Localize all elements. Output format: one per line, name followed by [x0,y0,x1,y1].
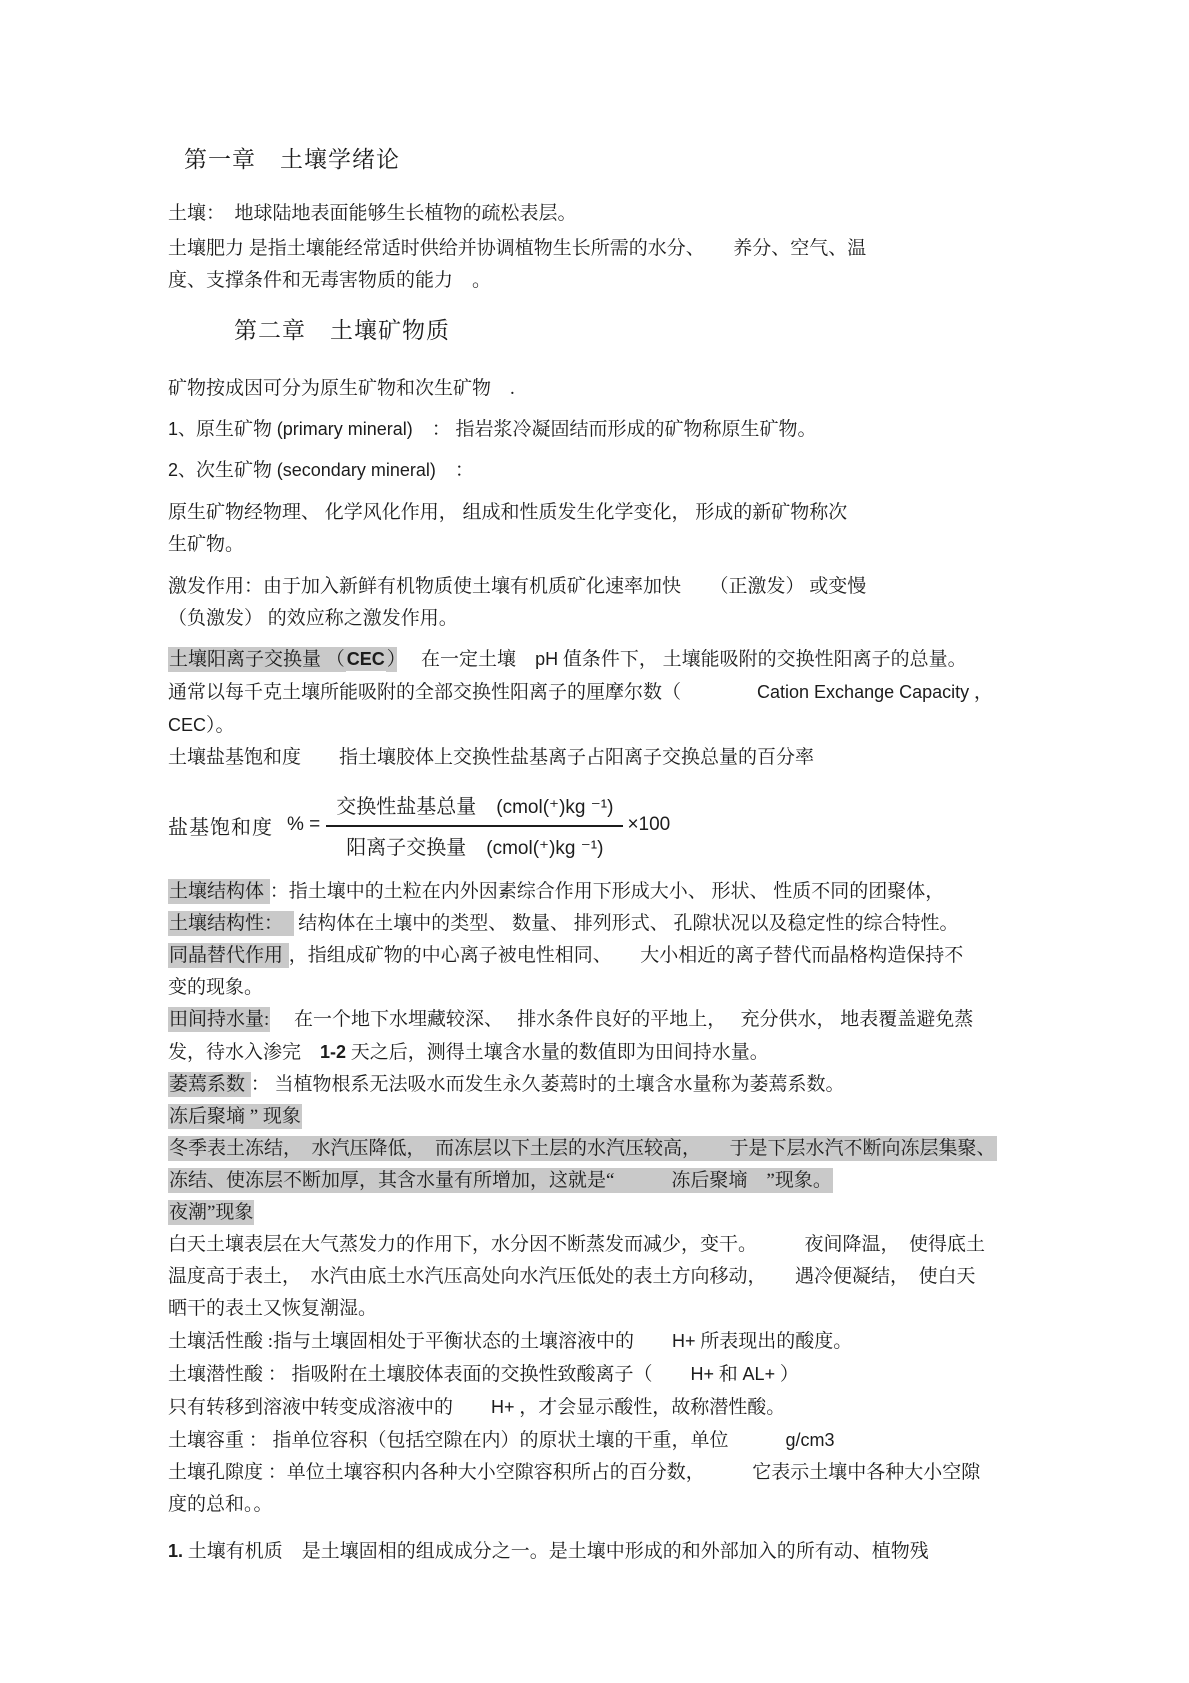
formula-numerator: 交换性盐基总量 (cmol(⁺)kg ⁻¹) [326,790,623,827]
text-segment: 晒干的表土又恢复潮湿。 [168,1298,377,1319]
text-line: 发，待水入渗完 1-2 天之后，测得土壤含水量的数值即为田间持水量。 [168,1036,1052,1069]
highlighted-term: 土壤结构性： [168,911,294,936]
text-segment: 次生矿物 [196,460,277,481]
text-segment: 土壤有机质 是土壤固相的组成成分之一。是土壤中形成的和外部加入的所有动、植物残 [183,1541,929,1562]
text-segment: 土壤： 地球陆地表面能够生长植物的疏松表层。 [168,203,577,224]
text-line: 2、次生矿物 (secondary mineral) ： [168,454,1052,487]
text-segment: （负激发） 的效应称之激发作用。 [168,608,458,629]
text-segment: 变的现象。 [168,977,263,998]
text-line: 萎蔫系数 ： 当植物根系无法吸水而发生永久萎蔫时的土壤含水量称为萎蔫系数。 [168,1069,1052,1101]
base-saturation-formula: 盐基饱和度% =交换性盐基总量 (cmol(⁺)kg ⁻¹)阳离子交换量 (cm… [168,790,1052,860]
formula-lhs: 盐基饱和度 [168,811,273,840]
text-segment: ， [969,682,993,703]
text-line: 白天土壤表层在大气蒸发力的作用下，水分因不断蒸发而减少，变干。 夜间降温， 使得… [168,1229,1052,1261]
text-segment: ）。 [206,715,235,736]
formula-multiplier: ×100 [627,814,670,836]
text-segment: 发，待水入渗完 [168,1042,320,1063]
text-line: 晒干的表土又恢复潮湿。 [168,1293,1052,1325]
text-line: 土壤盐基饱和度 指土壤胶体上交换性盐基离子占阳离子交换总量的百分率 [168,742,1052,774]
text-line: 度的总和。。 [168,1489,1052,1521]
numerator-unit: (cmol(⁺)kg ⁻¹) [496,797,613,818]
text-segment: 土壤潜性酸 ： 指吸附在土壤胶体表面的交换性致酸离子（ [168,1364,691,1385]
highlighted-term: 冬季表土冻结， 水汽压降低， 而冻层以下土层的水汽压较高， 于是下层水汽不断向冻… [168,1136,997,1161]
formula-denominator: 阳离子交换量 (cmol(⁺)kg ⁻¹) [336,827,613,860]
text-line: （负激发） 的效应称之激发作用。 [168,603,1052,635]
text-segment: 在一定土壤 [397,649,535,670]
text-segment: 土壤盐基饱和度 指土壤胶体上交换性盐基离子占阳离子交换总量的百分率 [168,747,814,768]
highlighted-term: 同晶替代作用 [168,943,289,968]
text-line: 通常以每千克土壤所能吸附的全部交换性阳离子的厘摩尔数（ Cation Excha… [168,676,1052,709]
text-segment: 所表现出的酸度。 [696,1331,853,1352]
text-line: 同晶替代作用 ，指组成矿物的中心离子被电性相同、 大小相近的离子替代而晶格构造保… [168,940,1052,972]
text-segment: 原生矿物 [196,419,277,440]
text-segment: 结构体在土壤中的类型、 数量、 排列形式、 孔隙状况以及稳定性的综合特性。 [294,913,959,934]
text-segment: 激发作用：由于加入新鲜有机物质使土壤有机质矿化速率加快 （正激发） 或变慢 [168,576,866,597]
text-line: 土壤潜性酸 ： 指吸附在土壤胶体表面的交换性致酸离子（ H+ 和 AL+ ） [168,1358,1052,1391]
text-line: 土壤结构性： 结构体在土壤中的类型、 数量、 排列形式、 孔隙状况以及稳定性的综… [168,908,1052,940]
text-line: 土壤肥力 是指土壤能经常适时供给并协调植物生长所需的水分、 养分、空气、温 [168,233,1052,265]
formula-fraction: 交换性盐基总量 (cmol(⁺)kg ⁻¹)阳离子交换量 (cmol(⁺)kg … [326,790,623,860]
text-line: 土壤容重 ： 指单位容积（包括空隙在内）的原状土壤的干重，单位 g/cm3 [168,1424,1052,1457]
highlighted-term: 冻结、使冻层不断加厚，其含水量有所增加，这就是“ 冻后聚墒 ”现象。 [168,1168,833,1193]
text-segment: 只有转移到溶液中转变成溶液中的 [168,1397,491,1418]
text-segment: 矿物按成因可分为原生矿物和次生矿物 . [168,378,515,399]
text-line: CEC）。 [168,709,1052,742]
text-segment: (primary mineral) [277,419,413,439]
text-line: 激发作用：由于加入新鲜有机物质使土壤有机质矿化速率加快 （正激发） 或变慢 [168,571,1052,603]
highlighted-term: 田间持水量: [168,1007,270,1032]
text-segment: ：指土壤中的土粒在内外因素综合作用下形成大小、 形状、 性质不同的团聚体， [270,881,945,902]
text-segment: 值条件下， 土壤能吸附的交换性阳离子的总量。 [558,649,967,670]
text-line: 土壤结构体 ：指土壤中的土粒在内外因素综合作用下形成大小、 形状、 性质不同的团… [168,876,1052,908]
text-line: 矿物按成因可分为原生矿物和次生矿物 . [168,373,1052,405]
highlighted-term: 土壤结构体 [168,879,270,904]
text-segment: ： 指岩浆冷凝固结而形成的矿物称原生矿物。 [413,419,817,440]
text-segment: 土壤活性酸 :指与土壤固相处于平衡状态的土壤溶液中的 [168,1331,672,1352]
text-segment: ，指组成矿物的中心离子被电性相同、 大小相近的离子替代而晶格构造保持不 [289,945,964,966]
text-segment: 土壤肥力 是指土壤能经常适时供给并协调植物生长所需的水分、 养分、空气、温 [168,238,866,259]
text-segment: 度的总和。。 [168,1494,273,1515]
text-line: 冻后聚墒 ” 现象 [168,1101,1052,1133]
text-segment: 度、支撑条件和无毒害物质的能力 。 [168,270,491,291]
denominator-term: 阳离子交换量 [346,837,486,859]
formula-equals: % = [287,814,320,836]
highlighted-term: ） [386,647,398,672]
highlighted-term: 夜潮”现象 [168,1200,254,1225]
text-line: 度、支撑条件和无毒害物质的能力 。 [168,265,1052,297]
text-segment: 原生矿物经物理、 化学风化作用， 组成和性质发生化学变化， 形成的新矿物称次 [168,502,847,523]
text-segment: 1、 [168,419,196,439]
text-segment: CEC [168,715,206,735]
text-segment: 土壤孔隙度 ：单位土壤容积内各种大小空隙容积所占的百分数， 它表示土壤中各种大小… [168,1462,980,1483]
chapter-heading: 第二章 土壤矿物质 [234,313,1052,349]
text-segment: ： [436,460,474,481]
text-segment: 在一个地下水埋藏较深、 排水条件良好的平地上， 充分供水， 地表覆盖避免蒸 [270,1009,973,1030]
text-segment: 天之后，测得土壤含水量的数值即为田间持水量。 [346,1042,769,1063]
text-segment: 1-2 [320,1042,346,1062]
text-segment: 土壤容重 ： 指单位容积（包括空隙在内）的原状土壤的干重，单位 [168,1430,786,1451]
text-segment: 温度高于表土， 水汽由底土水汽压高处向水汽压低处的表土方向移动， 遇冷便凝结， … [168,1266,976,1287]
text-line: 变的现象。 [168,972,1052,1004]
text-segment: Cation Exchange Capacity [757,682,969,702]
text-segment: H+ [691,1364,715,1384]
denominator-unit: (cmol(⁺)kg ⁻¹) [486,838,603,859]
text-line: 1. 土壤有机质 是土壤固相的组成成分之一。是土壤中形成的和外部加入的所有动、植… [168,1535,1052,1568]
text-segment: 通常以每千克土壤所能吸附的全部交换性阳离子的厘摩尔数（ [168,682,757,703]
text-line: 土壤： 地球陆地表面能够生长植物的疏松表层。 [168,198,1052,230]
text-segment: g/cm3 [786,1430,835,1450]
numerator-term: 交换性盐基总量 [336,796,496,818]
text-segment: AL+ [743,1364,776,1384]
text-segment: 第二章 土壤矿物质 [234,318,450,343]
text-segment: (secondary mineral) [277,460,436,480]
highlighted-term: CEC [346,647,386,671]
text-line: 夜潮”现象 [168,1197,1052,1229]
text-line: 田间持水量: 在一个地下水埋藏较深、 排水条件良好的平地上， 充分供水， 地表覆… [168,1004,1052,1036]
text-segment: H+ [491,1397,515,1417]
text-line: 土壤孔隙度 ：单位土壤容积内各种大小空隙容积所占的百分数， 它表示土壤中各种大小… [168,1457,1052,1489]
text-segment: ： 当植物根系无法吸水而发生永久萎蔫时的土壤含水量称为萎蔫系数。 [251,1074,845,1095]
text-line: 原生矿物经物理、 化学风化作用， 组成和性质发生化学变化， 形成的新矿物称次 [168,497,1052,529]
text-segment: ，才会显示酸性，故称潜性酸。 [515,1397,786,1418]
text-line: 1、原生矿物 (primary mineral) ： 指岩浆冷凝固结而形成的矿物… [168,413,1052,446]
text-segment: H+ [672,1331,696,1351]
text-line: 土壤活性酸 :指与土壤固相处于平衡状态的土壤溶液中的 H+ 所表现出的酸度。 [168,1325,1052,1358]
document-page: 第一章 土壤学绪论土壤： 地球陆地表面能够生长植物的疏松表层。土壤肥力 是指土壤… [0,0,1189,1683]
text-line: 冻结、使冻层不断加厚，其含水量有所增加，这就是“ 冻后聚墒 ”现象。 [168,1165,1052,1197]
text-segment: 和 [714,1364,743,1385]
chapter-heading: 第一章 土壤学绪论 [184,142,1052,178]
highlighted-term: 土壤阳离子交换量 （ [168,647,346,672]
text-segment: 白天土壤表层在大气蒸发力的作用下，水分因不断蒸发而减少，变干。 夜间降温， 使得… [168,1234,985,1255]
text-line: 生矿物。 [168,529,1052,561]
text-segment: pH [535,649,558,669]
text-line: 土壤阳离子交换量 （CEC） 在一定土壤 pH 值条件下， 土壤能吸附的交换性阳… [168,643,1052,676]
document-body: 第一章 土壤学绪论土壤： 地球陆地表面能够生长植物的疏松表层。土壤肥力 是指土壤… [168,142,1052,1568]
text-segment: 1. [168,1541,183,1561]
text-segment: 第一章 土壤学绪论 [184,147,400,172]
highlighted-term: 冻后聚墒 ” 现象 [168,1104,302,1129]
text-segment: 生矿物。 [168,534,244,555]
highlighted-term: 萎蔫系数 [168,1072,251,1097]
text-line: 冬季表土冻结， 水汽压降低， 而冻层以下土层的水汽压较高， 于是下层水汽不断向冻… [168,1133,1052,1165]
text-segment: ） [775,1364,799,1385]
text-line: 只有转移到溶液中转变成溶液中的 H+ ，才会显示酸性，故称潜性酸。 [168,1391,1052,1424]
text-segment: 2、 [168,460,196,480]
text-line: 温度高于表土， 水汽由底土水汽压高处向水汽压低处的表土方向移动， 遇冷便凝结， … [168,1261,1052,1293]
